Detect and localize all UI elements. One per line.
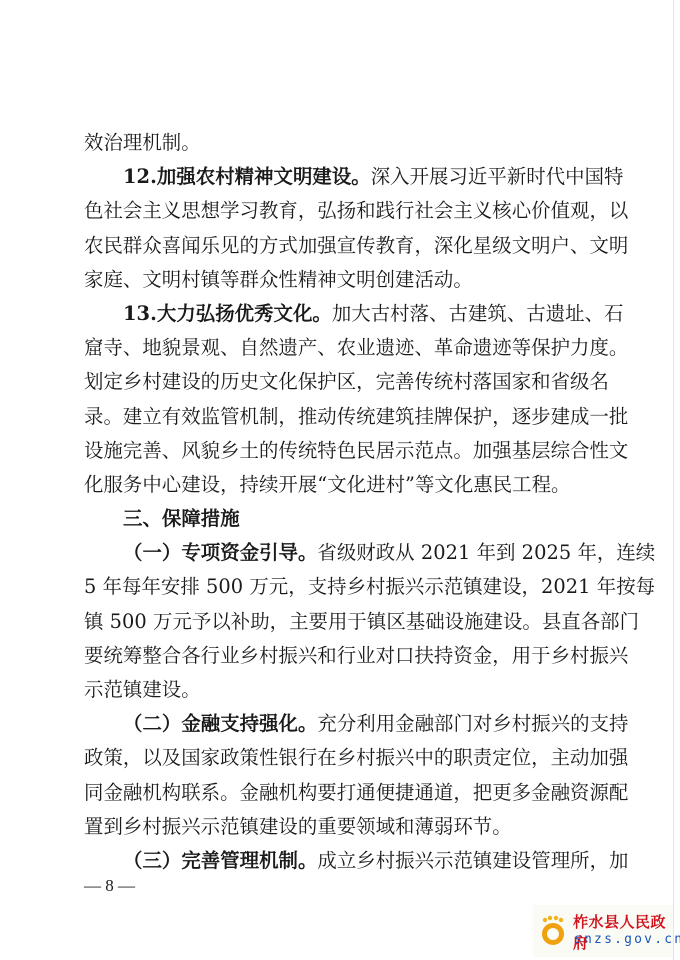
text-line: 设施完善、风貌乡土的传统特色民居示范点。加强基层综合性文 — [84, 434, 590, 468]
text-line: 要统筹整合各行业乡村振兴和行业对口扶持资金，用于乡村振兴 — [84, 639, 590, 673]
document-body: 效治理机制。 12.加强农村精神文明建设。深入开展习近平新时代中国特 色社会主义… — [84, 126, 590, 878]
watermark-url: snzs.gov.cn — [574, 932, 680, 947]
page-edge-divider — [673, 0, 674, 960]
text-line: （一）专项资金引导。省级财政从 2021 年到 2025 年，连续 — [84, 536, 590, 570]
item-heading: （二）金融支持强化。 — [123, 712, 317, 735]
page-number: — 8 — — [84, 876, 135, 896]
text-line: 同金融机构联系。金融机构要打通便捷通道，把更多金融资源配 — [84, 776, 590, 810]
text-line: 政策，以及国家政策性银行在乡村振兴中的职责定位，主动加强 — [84, 741, 590, 775]
section-heading: 三、保障措施 — [84, 502, 590, 536]
text-line: 12.加强农村精神文明建设。深入开展习近平新时代中国特 — [84, 160, 590, 194]
text-line: 置到乡村振兴示范镇建设的重要领域和薄弱环节。 — [84, 810, 590, 844]
text-line: 5 年每年安排 500 万元，支持乡村振兴示范镇建设，2021 年按每 — [84, 570, 590, 604]
text-line: （三）完善管理机制。成立乡村振兴示范镇建设管理所，加 — [84, 844, 590, 878]
sun-ring-logo-icon — [541, 915, 565, 945]
text-line: 家庭、文明村镇等群众性精神文明创建活动。 — [84, 263, 590, 297]
site-watermark: 柞水县人民政府 snzs.gov.cn — [533, 905, 673, 957]
text-line: 色社会主义思想学习教育，弘扬和践行社会主义核心价值观，以 — [84, 194, 590, 228]
text-line: （二）金融支持强化。充分利用金融部门对乡村振兴的支持 — [84, 707, 590, 741]
item-heading: 12.加强农村精神文明建设。 — [123, 165, 371, 188]
text-line: 划定乡村建设的历史文化保护区，完善传统村落国家和省级名 — [84, 365, 590, 399]
text-line: 13.大力弘扬优秀文化。加大古村落、古建筑、古遗址、石 — [84, 297, 590, 331]
item-heading: （三）完善管理机制。 — [123, 849, 317, 872]
item-heading: 13.大力弘扬优秀文化。 — [123, 302, 332, 325]
text-line: 录。建立有效监管机制，推动传统建筑挂牌保护，逐步建成一批 — [84, 400, 590, 434]
item-heading: （一）专项资金引导。 — [123, 541, 317, 564]
text-line: 示范镇建设。 — [84, 673, 590, 707]
text-line: 镇 500 万元予以补助，主要用于镇区基础设施建设。县直各部门 — [84, 605, 590, 639]
text-line: 效治理机制。 — [84, 126, 590, 160]
text-line: 窟寺、地貌景观、自然遗产、农业遗迹、革命遗迹等保护力度。 — [84, 331, 590, 365]
text-line: 农民群众喜闻乐见的方式加强宣传教育，深化星级文明户、文明 — [84, 229, 590, 263]
text-line: 化服务中心建设，持续开展“文化进村”等文化惠民工程。 — [84, 468, 590, 502]
